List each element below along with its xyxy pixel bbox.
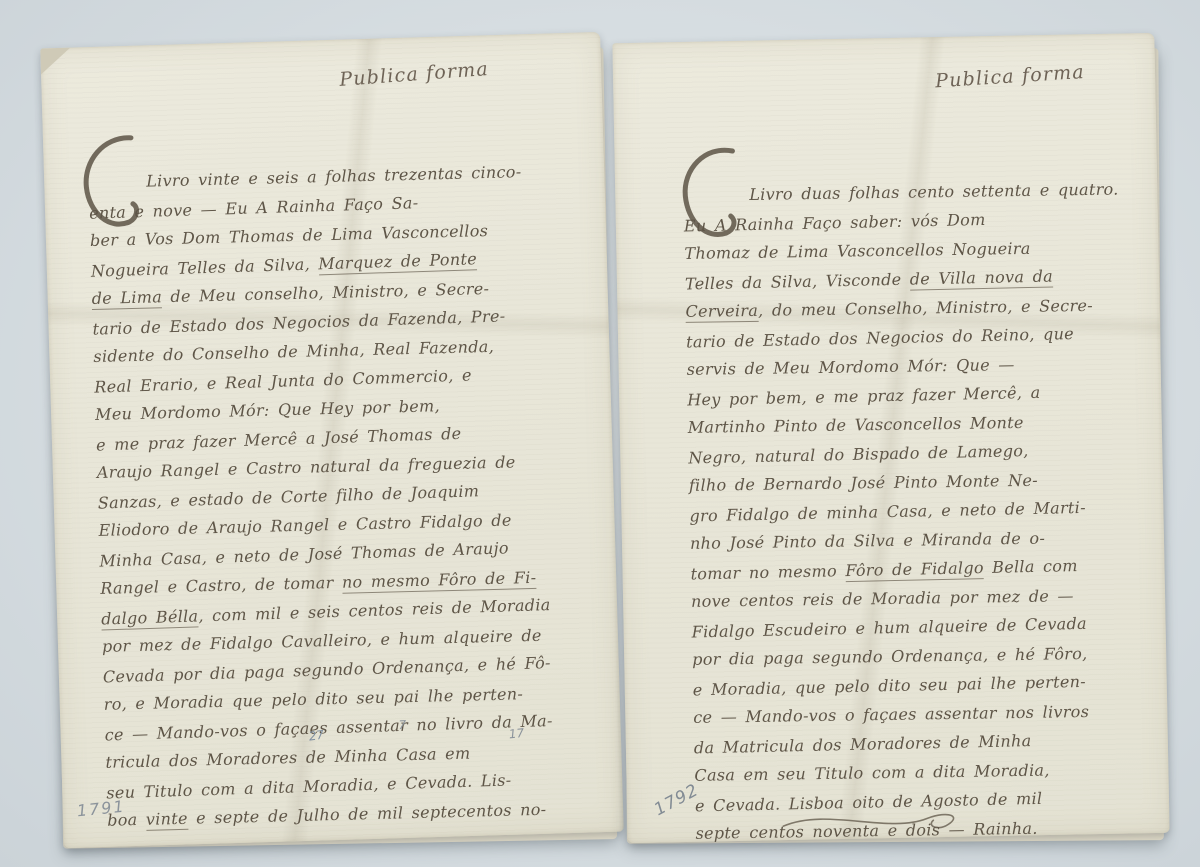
text-run: por dia paga segundo Ordenança, e hé Fôr… [692,644,1088,669]
pencil-mark-day: 27 [308,728,325,744]
manuscript-text-block: Livro vinte e seis a folhas trezentas ci… [88,155,580,836]
text-run: Telles da Silva, Visconde [685,270,910,294]
page-surface: Publica forma Livro duas folhas cento se… [612,33,1169,843]
page-header-publica-forma: Publica forma [339,58,490,91]
pencil-mark-month: 7 [398,718,406,732]
underlined-phrase: Fôro de Fidalgo [845,558,984,582]
text-run: Casa em seu Titulo com a dita Moradia, [694,761,1050,785]
text-run: tomar no mesmo [690,561,845,583]
text-run: Negro, natural do Bispado de Lamego, [688,441,1029,467]
text-run: Fidalgo Escudeiro e hum alqueire de Ceva… [691,614,1087,642]
underlined-phrase: Cerveira [685,301,758,323]
text-run: e Moradia, que pelo dito seu pai lhe per… [693,672,1087,700]
underlined-phrase: de Villa nova da [910,266,1054,290]
text-run: servis de Meu Mordomo Mór: Que — [687,355,1015,379]
text-run: e septe de Julho de mil septecentos no- [187,800,546,828]
text-run: gro Fidalgo de minha Casa, e neto de Mar… [689,498,1086,526]
photograph-backdrop: Publica forma Livro vinte e seis a folha… [0,0,1200,867]
text-run: , do meu Conselho, Ministro, e Secre- [758,296,1093,320]
text-run: nove centos reis de Moradia por mez de — [691,586,1074,611]
closing-flourish [777,809,967,837]
underlined-phrase: no mesmo Fôro de Fi- [342,568,537,594]
underlined-phrase: dalgo Bélla [101,606,199,630]
text-run: Nogueira Telles da Silva, [91,254,319,280]
text-run: Martinho Pinto de Vasconcellos Monte [688,413,1024,437]
text-run: Thomaz de Lima Vasconcellos Nogueira [684,239,1031,263]
text-run: Livro duas folhas cento settenta e quatr… [749,179,1119,203]
manuscript-leaf-1792: Publica forma Livro duas folhas cento se… [612,33,1169,843]
text-run: nho José Pinto da Silva e Miranda de o- [690,529,1045,553]
text-run: Rangel e Castro, de tomar [100,573,342,598]
text-run: Bella com [984,556,1078,577]
underlined-phrase: de Lima [91,287,162,310]
text-run: de Meu conselho, Ministro, e Secre- [162,279,490,306]
text-run: ce — Mando-vos o façaes assentar nos liv… [693,702,1089,727]
text-run: Eu A Rainha Faço saber: vós Dom [684,210,986,236]
manuscript-text-block: Livro duas folhas cento settenta e quatr… [683,173,1148,849]
text-run: filho de Bernardo José Pinto Monte Ne- [689,471,1038,495]
text-run: da Matricula dos Moradores de Minha [694,731,1032,757]
text-run: Meu Mordomo Mór: Que Hey por bem, [95,396,440,424]
manuscript-leaf-1791: Publica forma Livro vinte e seis a folha… [40,32,623,848]
underlined-phrase: Marquez de Ponte [318,249,477,275]
page-surface: Publica forma Livro vinte e seis a folha… [40,32,623,848]
text-run: Hey por bem, e me praz fazer Mercê, a [687,383,1041,410]
underlined-phrase: vinte [146,809,188,831]
page-header-publica-forma: Publica forma [935,61,1086,92]
pencil-mark-century: 17 [508,726,525,741]
text-run: tario de Estado dos Negocios do Reino, q… [686,324,1074,351]
